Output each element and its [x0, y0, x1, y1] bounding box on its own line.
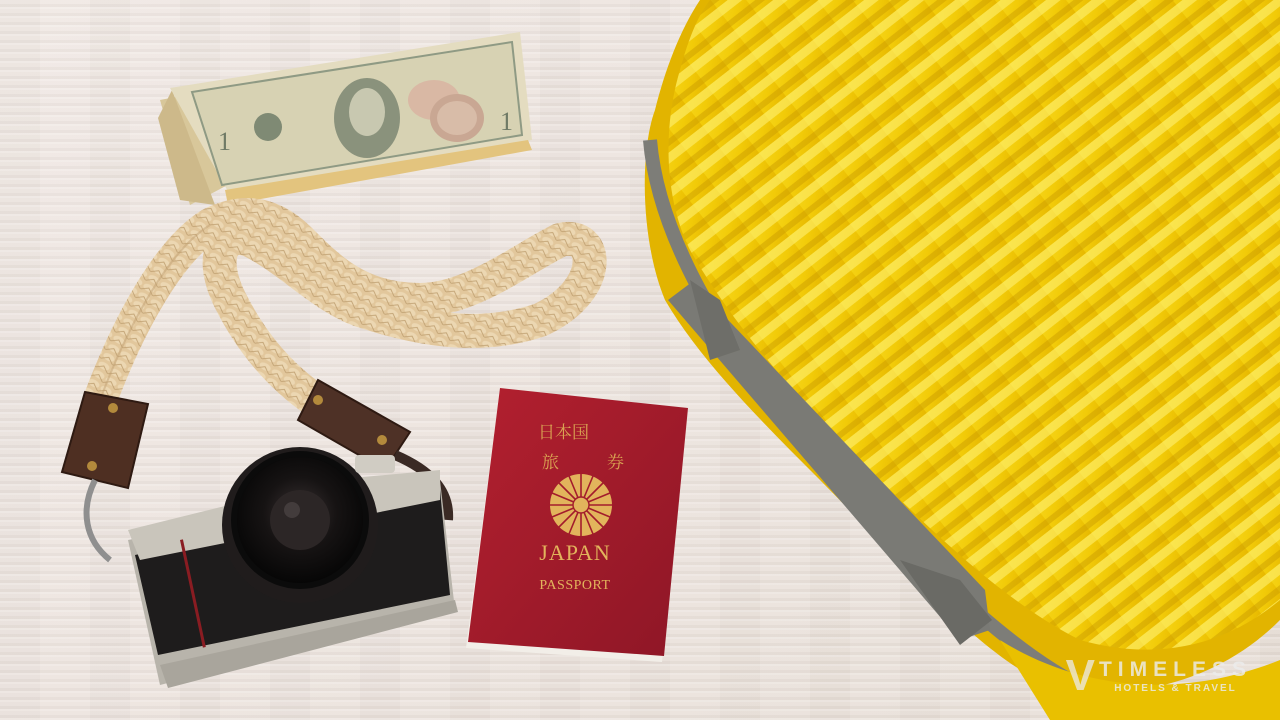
passport-kanji-line2: 旅券 [542, 448, 672, 473]
film-camera [128, 447, 458, 688]
brand-tagline: HOTELS & TRAVEL [1114, 683, 1237, 694]
passport-document-type: PASSPORT [470, 578, 680, 594]
brand-watermark: V TIMELESS HOTELS & TRAVEL [1066, 654, 1252, 698]
passport-kanji-line1: 日本国 [538, 418, 589, 443]
strap-leather-tab-left [62, 392, 148, 488]
suitcase [645, 0, 1280, 720]
svg-text:1: 1 [500, 107, 513, 136]
svg-text:1: 1 [218, 127, 231, 156]
photo-scene: 1 1 [0, 0, 1280, 720]
brand-logo-mark: V [1066, 654, 1095, 698]
brand-name: TIMELESS [1099, 659, 1252, 680]
scene-illustration: 1 1 [0, 0, 1280, 720]
chrysanthemum-emblem-icon [550, 474, 612, 536]
passport-country: JAPAN [470, 540, 680, 566]
